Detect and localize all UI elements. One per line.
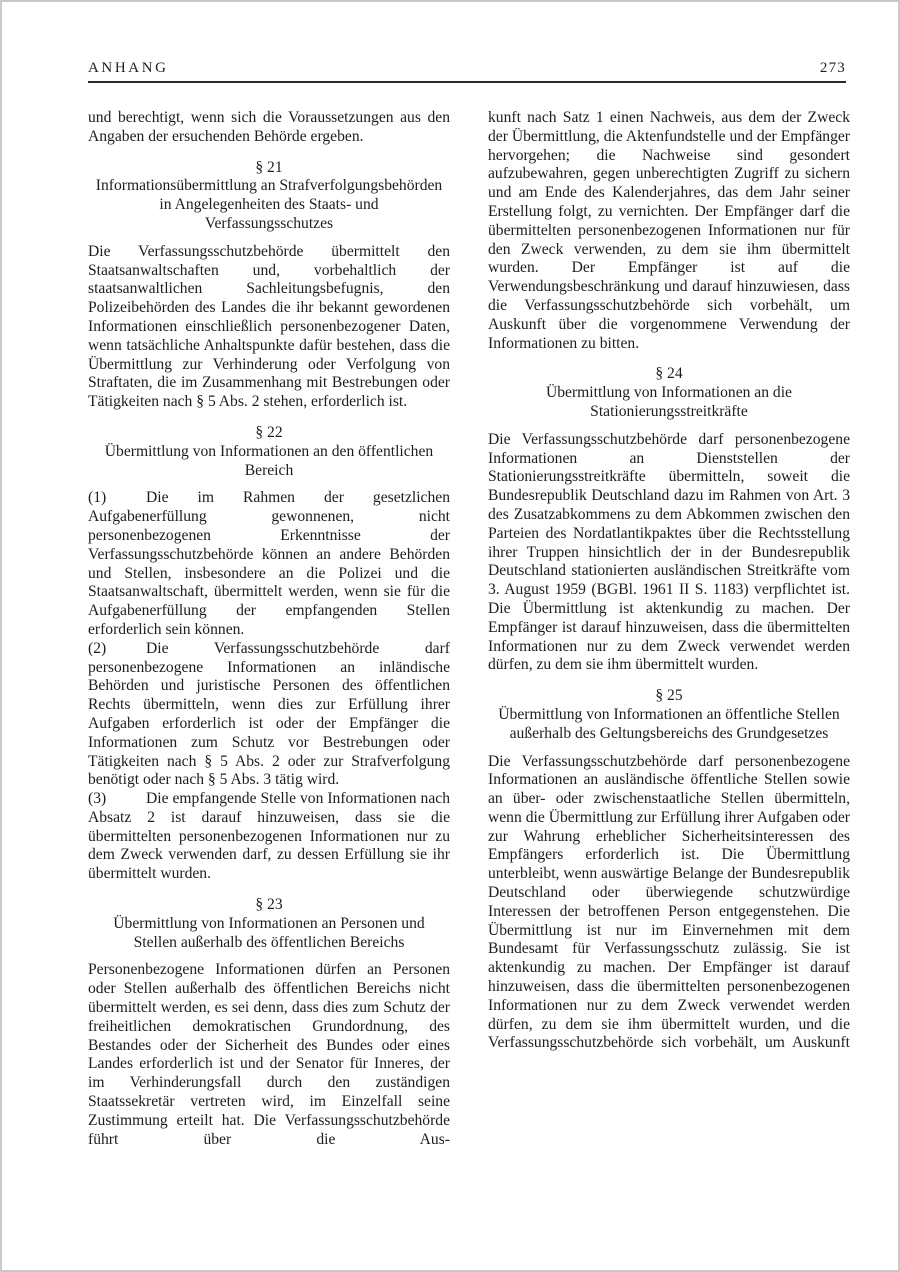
section-22-title: Übermittlung von Informationen an den öf…: [94, 443, 444, 481]
section-21-title: Informationsübermittlung an Strafverfolg…: [94, 177, 444, 233]
document-page: ANHANG 273 und berechtigt, wenn sich die…: [0, 0, 900, 1272]
paragraph-continued-from-previous-page: und berechtigt, wenn sich die Voraussetz…: [88, 109, 450, 147]
page-number: 273: [820, 60, 846, 77]
section-21-number: § 21: [94, 159, 444, 178]
paragraph-text: Die Verfassungsschutzbehörde darf person…: [88, 640, 450, 789]
section-25-number: § 25: [494, 687, 844, 706]
section-23-title: Übermittlung von Informationen an Person…: [94, 915, 444, 953]
section-25-body: Die Verfassungsschutzbehörde darf person…: [488, 753, 850, 1054]
section-23-heading: § 23 Übermittlung von Informationen an P…: [94, 896, 444, 952]
paragraph-text: Die im Rahmen der gesetzlichen Aufgabene…: [88, 489, 450, 638]
two-column-body: und berechtigt, wenn sich die Voraussetz…: [88, 109, 846, 1149]
section-22-number: § 22: [94, 424, 444, 443]
section-25-title: Übermittlung von Informationen an öffent…: [494, 706, 844, 744]
section-22-paragraph-2: (2)Die Verfassungsschutzbehörde darf per…: [88, 640, 450, 790]
running-title: ANHANG: [88, 60, 169, 77]
section-24-heading: § 24 Übermittlung von Informationen an d…: [494, 365, 844, 421]
paragraph-number: (1): [88, 489, 146, 508]
section-22-paragraph-3: (3)Die empfangende Stelle von Informatio…: [88, 790, 450, 884]
section-22-paragraph-1: (1)Die im Rahmen der gesetzlichen Aufgab…: [88, 489, 450, 639]
section-24-number: § 24: [494, 365, 844, 384]
right-column: kunft nach Satz 1 einen Nachweis, aus de…: [488, 109, 850, 1149]
section-25-heading: § 25 Übermittlung von Informationen an ö…: [494, 687, 844, 743]
section-24-body: Die Verfassungsschutzbehörde darf person…: [488, 431, 850, 675]
paragraph-number: (2): [88, 640, 146, 659]
section-22-heading: § 22 Übermittlung von Informationen an d…: [94, 424, 444, 480]
section-23-body-continuation: kunft nach Satz 1 einen Nachweis, aus de…: [488, 109, 850, 353]
section-23-number: § 23: [94, 896, 444, 915]
section-21-heading: § 21 Informationsübermittlung an Strafve…: [94, 159, 444, 234]
section-24-title: Übermittlung von Informationen an die St…: [494, 384, 844, 422]
page-content: ANHANG 273 und berechtigt, wenn sich die…: [2, 2, 898, 1149]
paragraph-number: (3): [88, 790, 146, 809]
left-column: und berechtigt, wenn sich die Voraussetz…: [88, 109, 450, 1149]
section-23-body: Personenbezogene Informationen dürfen an…: [88, 961, 450, 1149]
page-header: ANHANG 273: [88, 60, 846, 83]
section-21-body: Die Verfassungsschutzbehörde übermittelt…: [88, 243, 450, 412]
